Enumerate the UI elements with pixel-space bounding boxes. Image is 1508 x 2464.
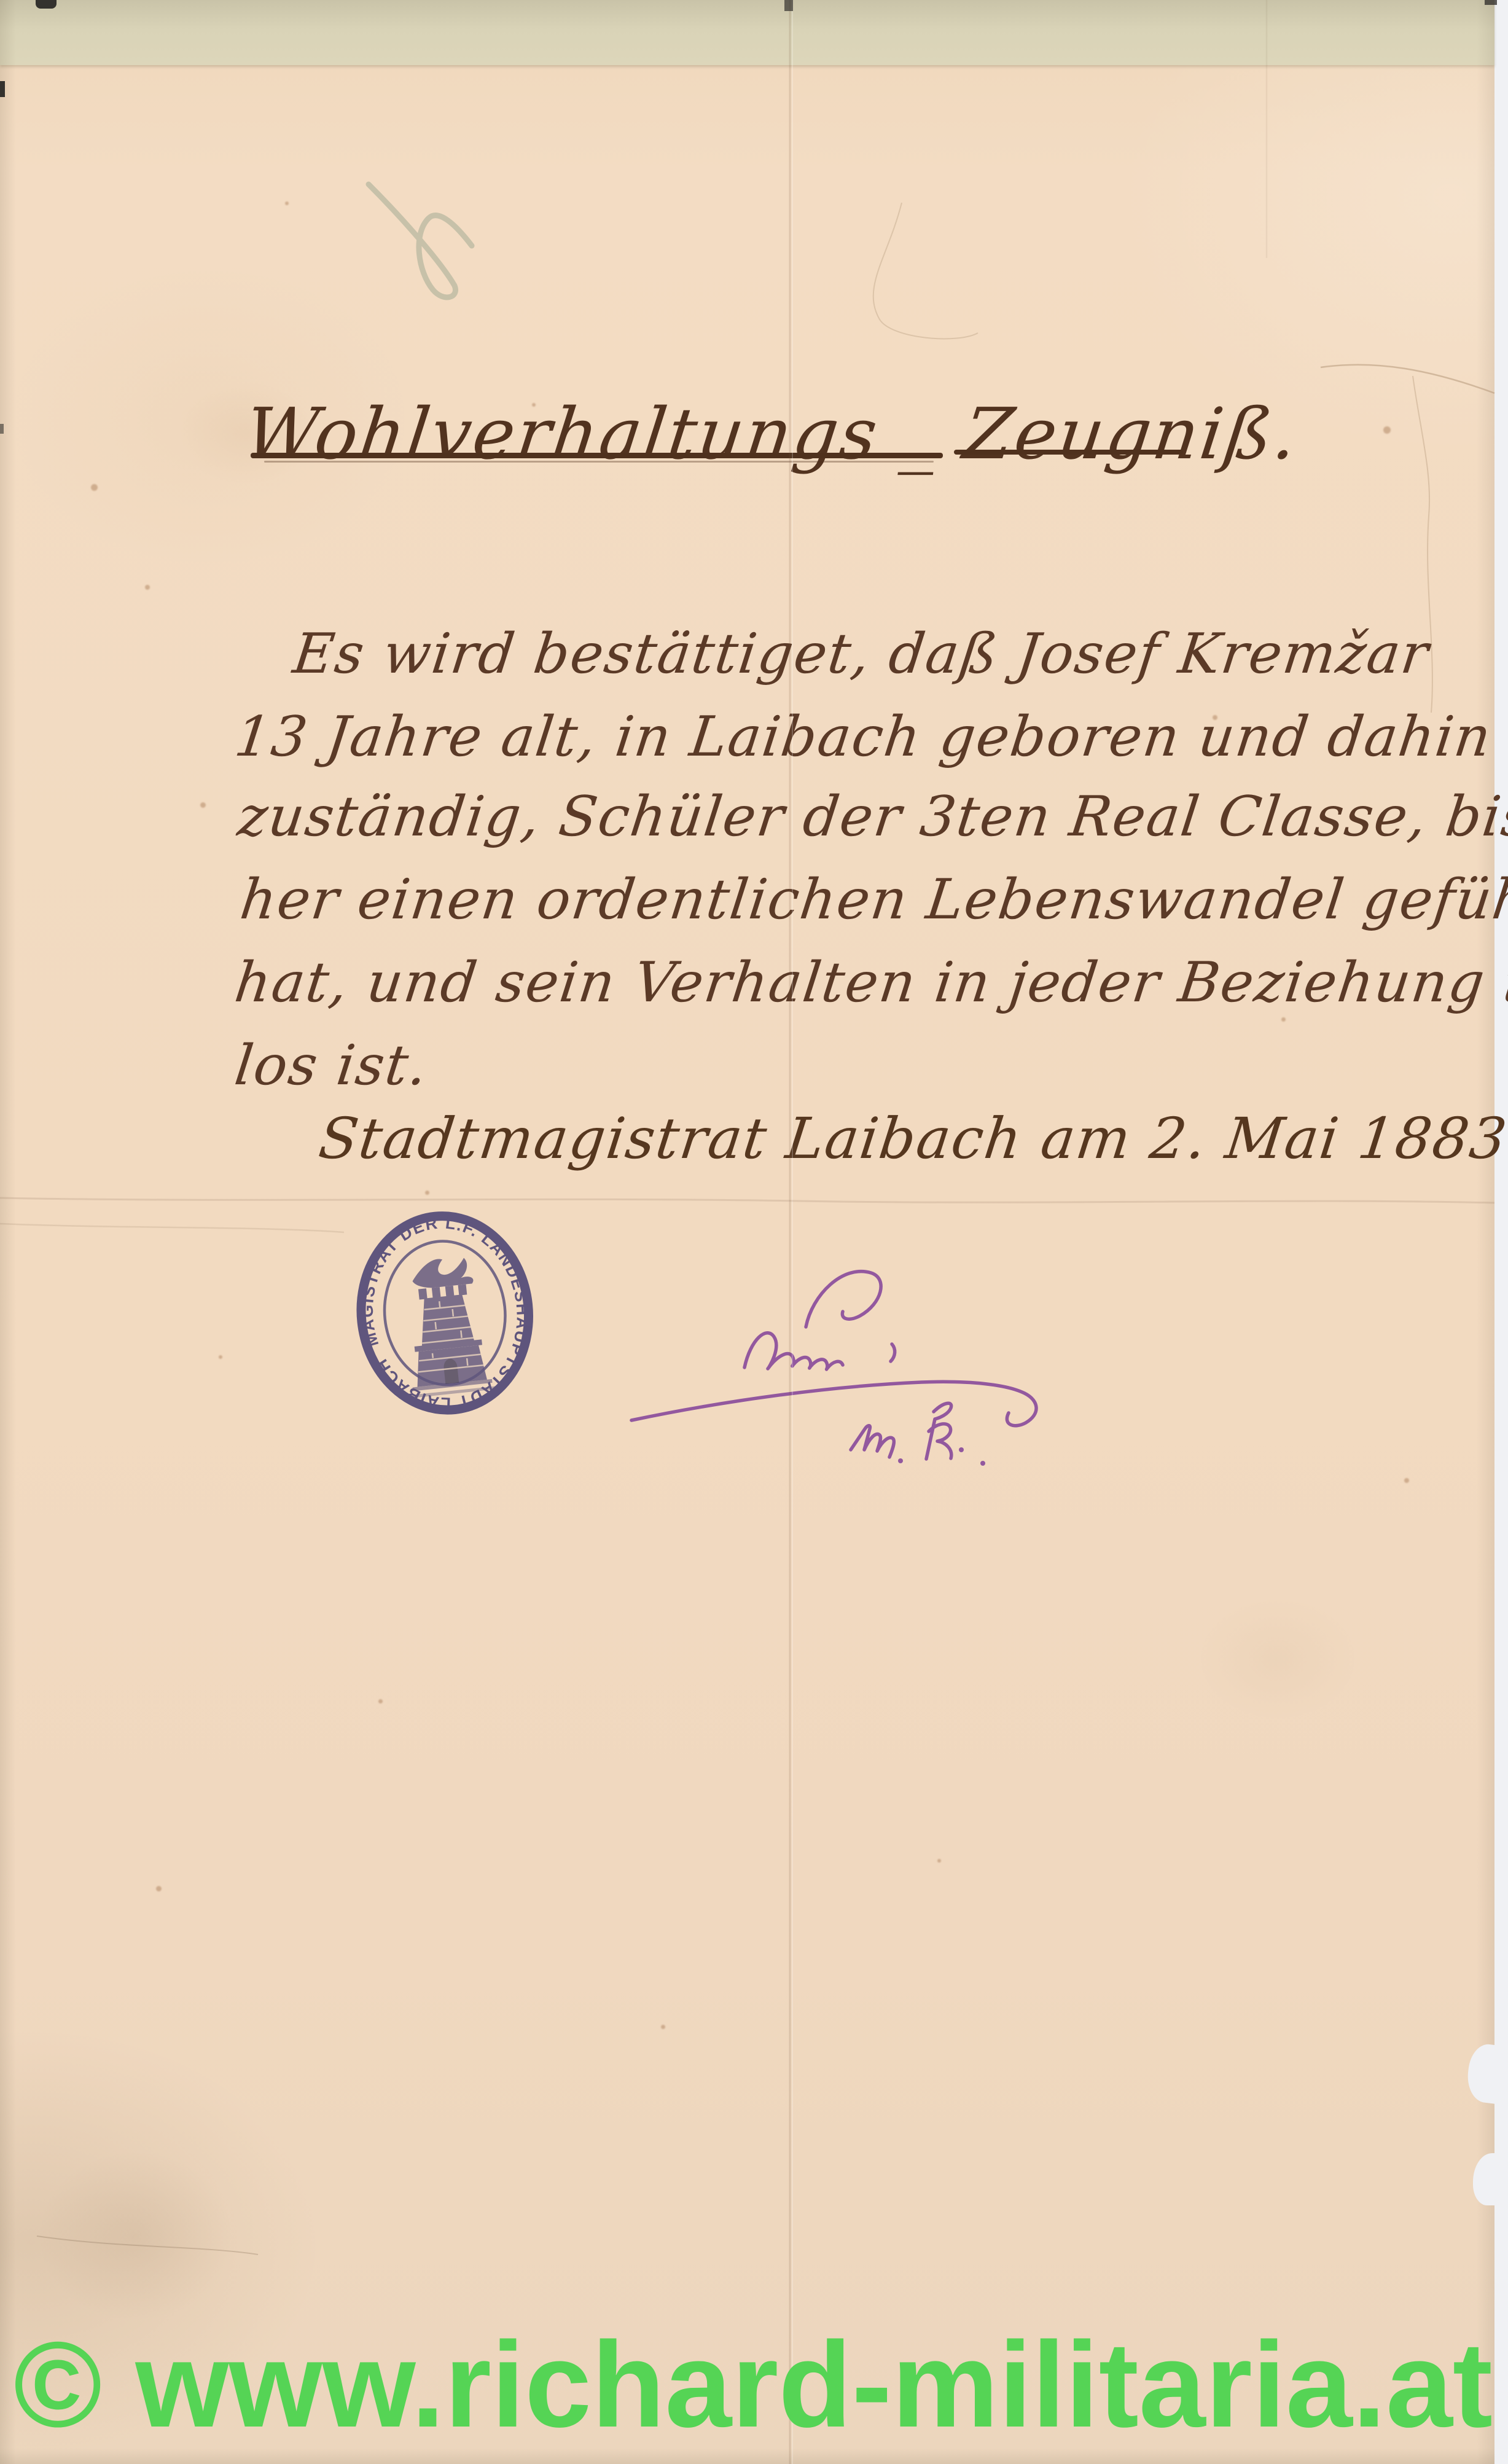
edge-speck <box>36 0 57 9</box>
foxing-spot <box>937 1859 941 1863</box>
edge-speck <box>784 0 793 11</box>
foxing-spot <box>219 1355 222 1359</box>
foxing-spot <box>285 201 289 205</box>
title-underline-2 <box>954 450 1183 455</box>
scanned-document: Wohlverhaltungs _ Zeugniß. Es wird bestä… <box>0 0 1508 2464</box>
foxing-spot <box>145 585 150 590</box>
foxing-spot <box>91 484 98 491</box>
paper-edge-shade-left <box>0 0 16 2464</box>
body-line-1: Es wird bestättiget, daß Josef Kremžar <box>290 622 1433 686</box>
foxing-spot <box>378 1699 383 1703</box>
foxing-spot <box>200 802 206 808</box>
body-line-4: her einen ordentlichen Lebenswandel gefü… <box>237 867 1508 932</box>
dateline: Stadtmagistrat Laibach am 2. Mai 1883. <box>315 1106 1508 1171</box>
edge-tear <box>1473 2153 1508 2205</box>
document-title: Wohlverhaltungs _ Zeugniß. <box>241 393 1303 475</box>
foxing-spot <box>661 2025 665 2029</box>
foxing-spot <box>1404 1478 1409 1483</box>
title-underline-echo <box>264 461 934 463</box>
stain <box>1198 1597 1358 1720</box>
paper-top-edge <box>0 0 1494 65</box>
edge-speck <box>1485 0 1497 5</box>
body-line-3: zuständig, Schüler der 3ten Real Classe,… <box>235 784 1508 849</box>
document-page <box>0 0 1494 2464</box>
body-line-5: hat, und sein Verhalten in jeder Beziehu… <box>232 950 1508 1015</box>
paper-edge-shade-bottom <box>0 2448 1494 2464</box>
body-line-6: los ist. <box>232 1033 432 1098</box>
foxing-spot <box>1383 426 1391 434</box>
foxing-spot <box>156 1886 162 1891</box>
title-underline <box>251 453 943 458</box>
edge-speck <box>0 424 4 434</box>
foxing-spot <box>425 1191 429 1195</box>
edge-speck <box>0 81 5 97</box>
body-line-2: 13 Jahre alt, in Laibach geboren und dah… <box>232 705 1496 769</box>
foxing-spot <box>1281 1017 1286 1022</box>
stain <box>37 2150 233 2322</box>
